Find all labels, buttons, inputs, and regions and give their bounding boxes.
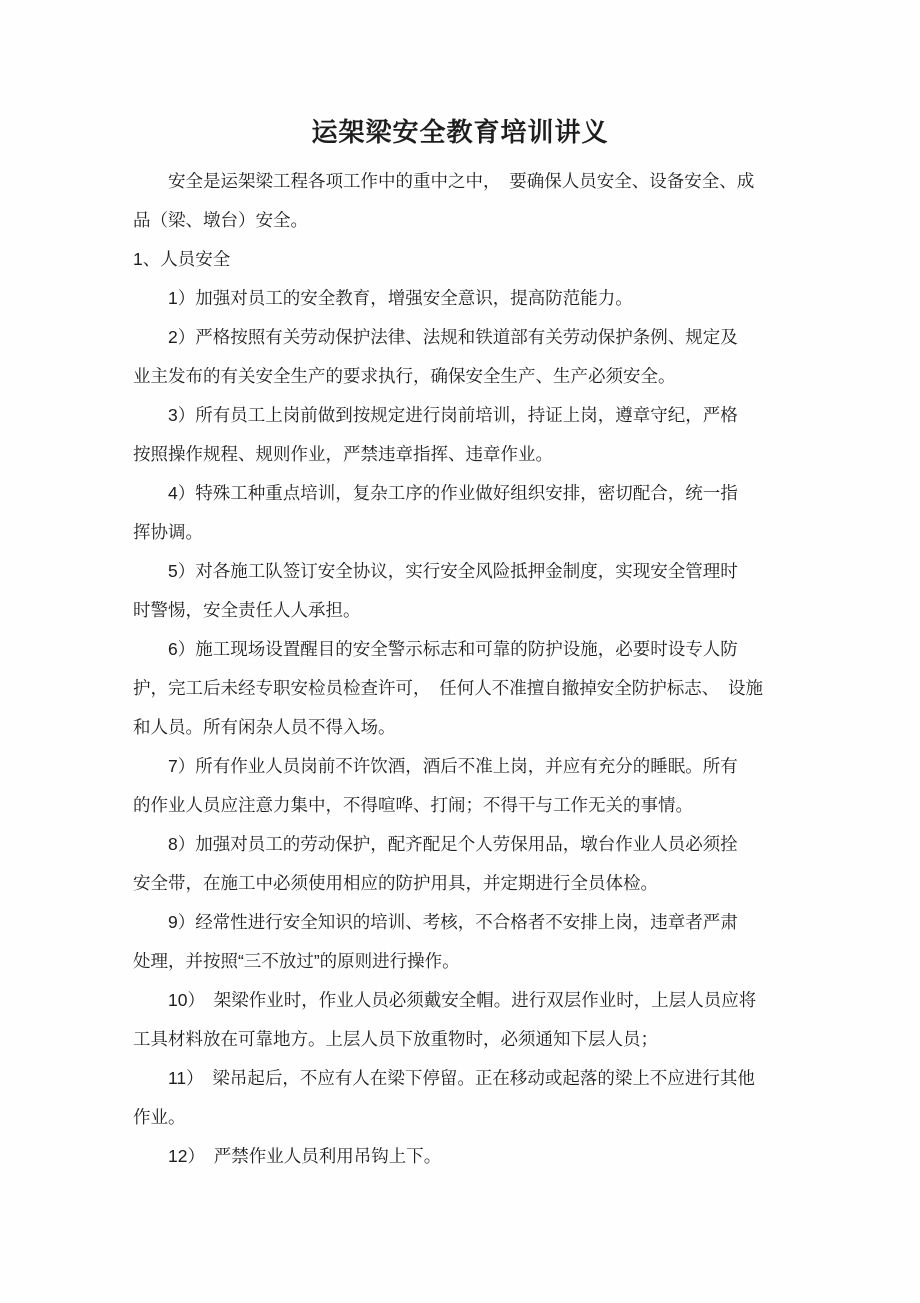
text-line: 10） 架梁作业时，作业人员必须戴安全帽。进行双层作业时，上层人员应将 [133, 981, 793, 1020]
page-title: 运架梁安全教育培训讲义 [0, 0, 920, 150]
text-line: 11） 梁吊起后，不应有人在梁下停留。正在移动或起落的梁上不应进行其他 [133, 1059, 793, 1098]
text-line: 和人员。所有闲杂人员不得入场。 [133, 708, 793, 747]
text-line: 护，完工后未经专职安检员检查许可， 任何人不准擅自撤掉安全防护标志、 设施 [133, 669, 793, 708]
text-line: 2）严格按照有关劳动保护法律、法规和铁道部有关劳动保护条例、规定及 [133, 318, 793, 357]
text-line: 12） 严禁作业人员利用吊钩上下。 [133, 1137, 793, 1176]
text-line: 安全是运架梁工程各项工作中的重中之中， 要确保人员安全、设备安全、成 [133, 162, 793, 201]
text-line: 按照操作规程、规则作业，严禁违章指挥、违章作业。 [133, 435, 793, 474]
text-line: 9）经常性进行安全知识的培训、考核，不合格者不安排上岗，违章者严肃 [133, 903, 793, 942]
text-line: 工具材料放在可靠地方。上层人员下放重物时，必须通知下层人员； [133, 1020, 793, 1059]
text-line: 3）所有员工上岗前做到按规定进行岗前培训，持证上岗，遵章守纪，严格 [133, 396, 793, 435]
document-body: 安全是运架梁工程各项工作中的重中之中， 要确保人员安全、设备安全、成品（梁、墩台… [0, 162, 793, 1176]
text-line: 1、人员安全 [133, 240, 793, 279]
text-line: 8）加强对员工的劳动保护，配齐配足个人劳保用品，墩台作业人员必须拴 [133, 825, 793, 864]
text-line: 1）加强对员工的安全教育，增强安全意识，提高防范能力。 [133, 279, 793, 318]
text-line: 挥协调。 [133, 513, 793, 552]
text-line: 6）施工现场设置醒目的安全警示标志和可靠的防护设施，必要时设专人防 [133, 630, 793, 669]
text-line: 处理，并按照“三不放过”的原则进行操作。 [133, 942, 793, 981]
text-line: 时警惕，安全责任人人承担。 [133, 591, 793, 630]
text-line: 的作业人员应注意力集中，不得喧哗、打闹；不得干与工作无关的事情。 [133, 786, 793, 825]
text-line: 5）对各施工队签订安全协议，实行安全风险抵押金制度，实现安全管理时 [133, 552, 793, 591]
text-line: 品（梁、墩台）安全。 [133, 201, 793, 240]
text-line: 业主发布的有关安全生产的要求执行，确保安全生产、生产必须安全。 [133, 357, 793, 396]
text-line: 4）特殊工种重点培训，复杂工序的作业做好组织安排，密切配合，统一指 [133, 474, 793, 513]
document-page: 运架梁安全教育培训讲义 安全是运架梁工程各项工作中的重中之中， 要确保人员安全、… [0, 0, 920, 1303]
text-line: 7）所有作业人员岗前不许饮酒，酒后不准上岗，并应有充分的睡眠。所有 [133, 747, 793, 786]
text-line: 作业。 [133, 1098, 793, 1137]
text-line: 安全带，在施工中必须使用相应的防护用具，并定期进行全员体检。 [133, 864, 793, 903]
